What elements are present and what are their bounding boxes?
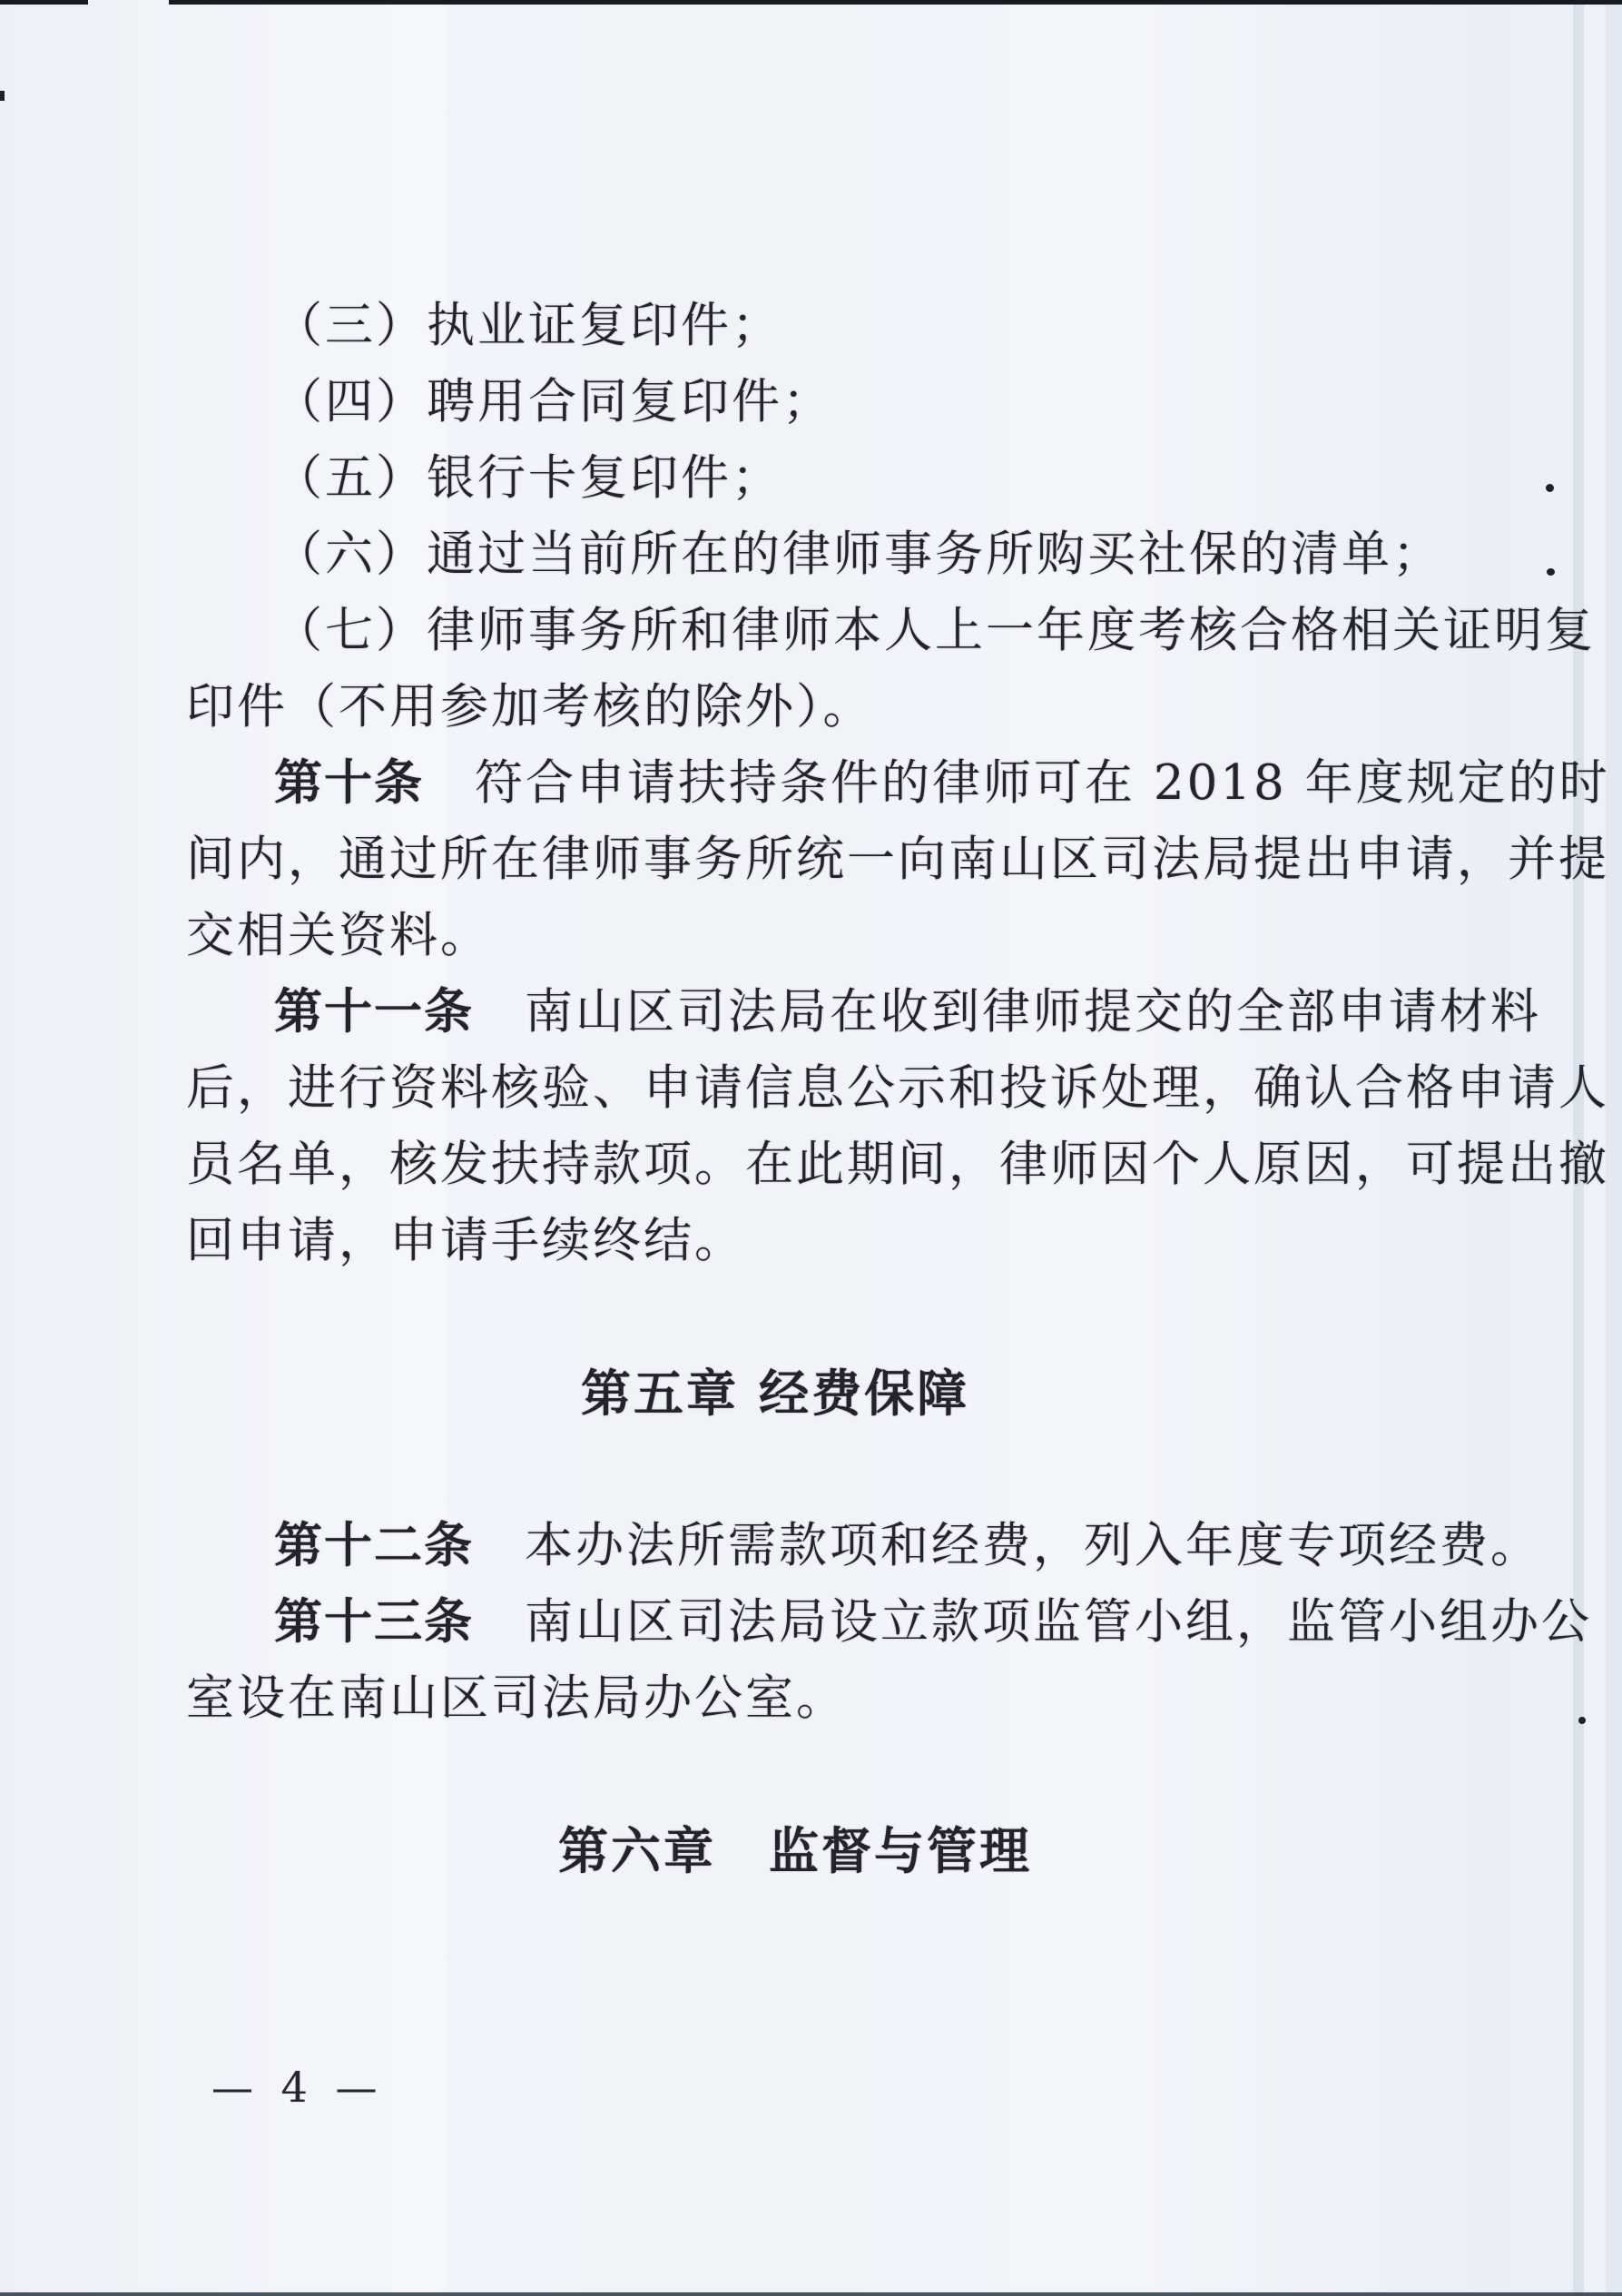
line-text: （五）银行卡复印件； [274, 450, 782, 506]
scan-edge-bottom [0, 2292, 1622, 2296]
document-line: 室设在南山区司法局办公室。 [186, 1660, 1513, 1737]
line-text: 本办法所需款项和经费，列入年度专项经费。 [474, 1518, 1541, 1573]
page-number: — 4 — [211, 2063, 385, 2112]
document-line: （五）银行卡复印件； [186, 440, 1513, 517]
line-text: 符合申请扶持条件的律师可在 2018 年度规定的时 [424, 755, 1610, 811]
line-text: 室设在南山区司法局办公室。 [186, 1670, 847, 1726]
document-line: 后，进行资料核验、申请信息公示和投诉处理，确认合格申请人 [186, 1050, 1513, 1127]
document-line: 印件（不用参加考核的除外）。 [186, 669, 1513, 745]
line-text: 后，进行资料核验、申请信息公示和投诉处理，确认合格申请人 [186, 1060, 1609, 1116]
article-number: 第十三条 [274, 1594, 474, 1650]
line-text: 员名单，核发扶持款项。在此期间，律师因个人原因，可提出撤 [186, 1137, 1609, 1192]
document-line: 第十条 符合申请扶持条件的律师可在 2018 年度规定的时 [186, 745, 1513, 822]
line-text: 间内，通过所在律师事务所统一向南山区司法局提出申请，并提 [186, 832, 1609, 887]
document-line: 回申请，申请手续终结。 [186, 1203, 1513, 1279]
line-text: 交相关资料。 [186, 908, 491, 963]
document-line: 第十一条 南山区司法局在收到律师提交的全部申请材料 [186, 974, 1513, 1050]
chapter-heading: 第六章 监督与管理 [186, 1813, 1513, 1889]
document-line: 第十三条 南山区司法局设立款项监管小组，监管小组办公 [186, 1584, 1513, 1660]
document-line: （三）执业证复印件； [186, 288, 1513, 364]
line-text: 南山区司法局在收到律师提交的全部申请材料 [474, 984, 1541, 1040]
document-line: 第十二条 本办法所需款项和经费，列入年度专项经费。 [186, 1508, 1513, 1584]
document-line: （四）聘用合同复印件； [186, 364, 1513, 440]
document-line: 交相关资料。 [186, 898, 1513, 974]
document-line: （七）律师事务所和律师本人上一年度考核合格相关证明复 [186, 593, 1513, 669]
line-text: （六）通过当前所在的律师事务所购买社保的清单； [274, 527, 1443, 582]
line-text: （七）律师事务所和律师本人上一年度考核合格相关证明复 [274, 603, 1596, 658]
line-text: 南山区司法局设立款项监管小组，监管小组办公 [474, 1594, 1592, 1650]
line-text: （四）聘用合同复印件； [274, 374, 833, 429]
document-body: （三）执业证复印件； （四）聘用合同复印件； （五）银行卡复印件； （六）通过当… [0, 0, 1622, 1889]
article-number: 第十二条 [274, 1518, 474, 1573]
document-line: 间内，通过所在律师事务所统一向南山区司法局提出申请，并提 [186, 822, 1513, 898]
blank-line [186, 1432, 1513, 1508]
chapter-heading: 第五章 经费保障 [186, 1355, 1513, 1432]
article-number: 第十条 [274, 755, 424, 811]
document-page: （三）执业证复印件； （四）聘用合同复印件； （五）银行卡复印件； （六）通过当… [0, 0, 1622, 2296]
line-text: （三）执业证复印件； [274, 298, 782, 353]
line-text: 印件（不用参加考核的除外）。 [186, 679, 874, 734]
document-line: 员名单，核发扶持款项。在此期间，律师因个人原因，可提出撤 [186, 1127, 1513, 1203]
line-text: 回申请，申请手续终结。 [186, 1213, 745, 1268]
blank-line [186, 1279, 1513, 1355]
document-line: （六）通过当前所在的律师事务所购买社保的清单； [186, 517, 1513, 593]
blank-line [186, 1737, 1513, 1813]
article-number: 第十一条 [274, 984, 474, 1040]
